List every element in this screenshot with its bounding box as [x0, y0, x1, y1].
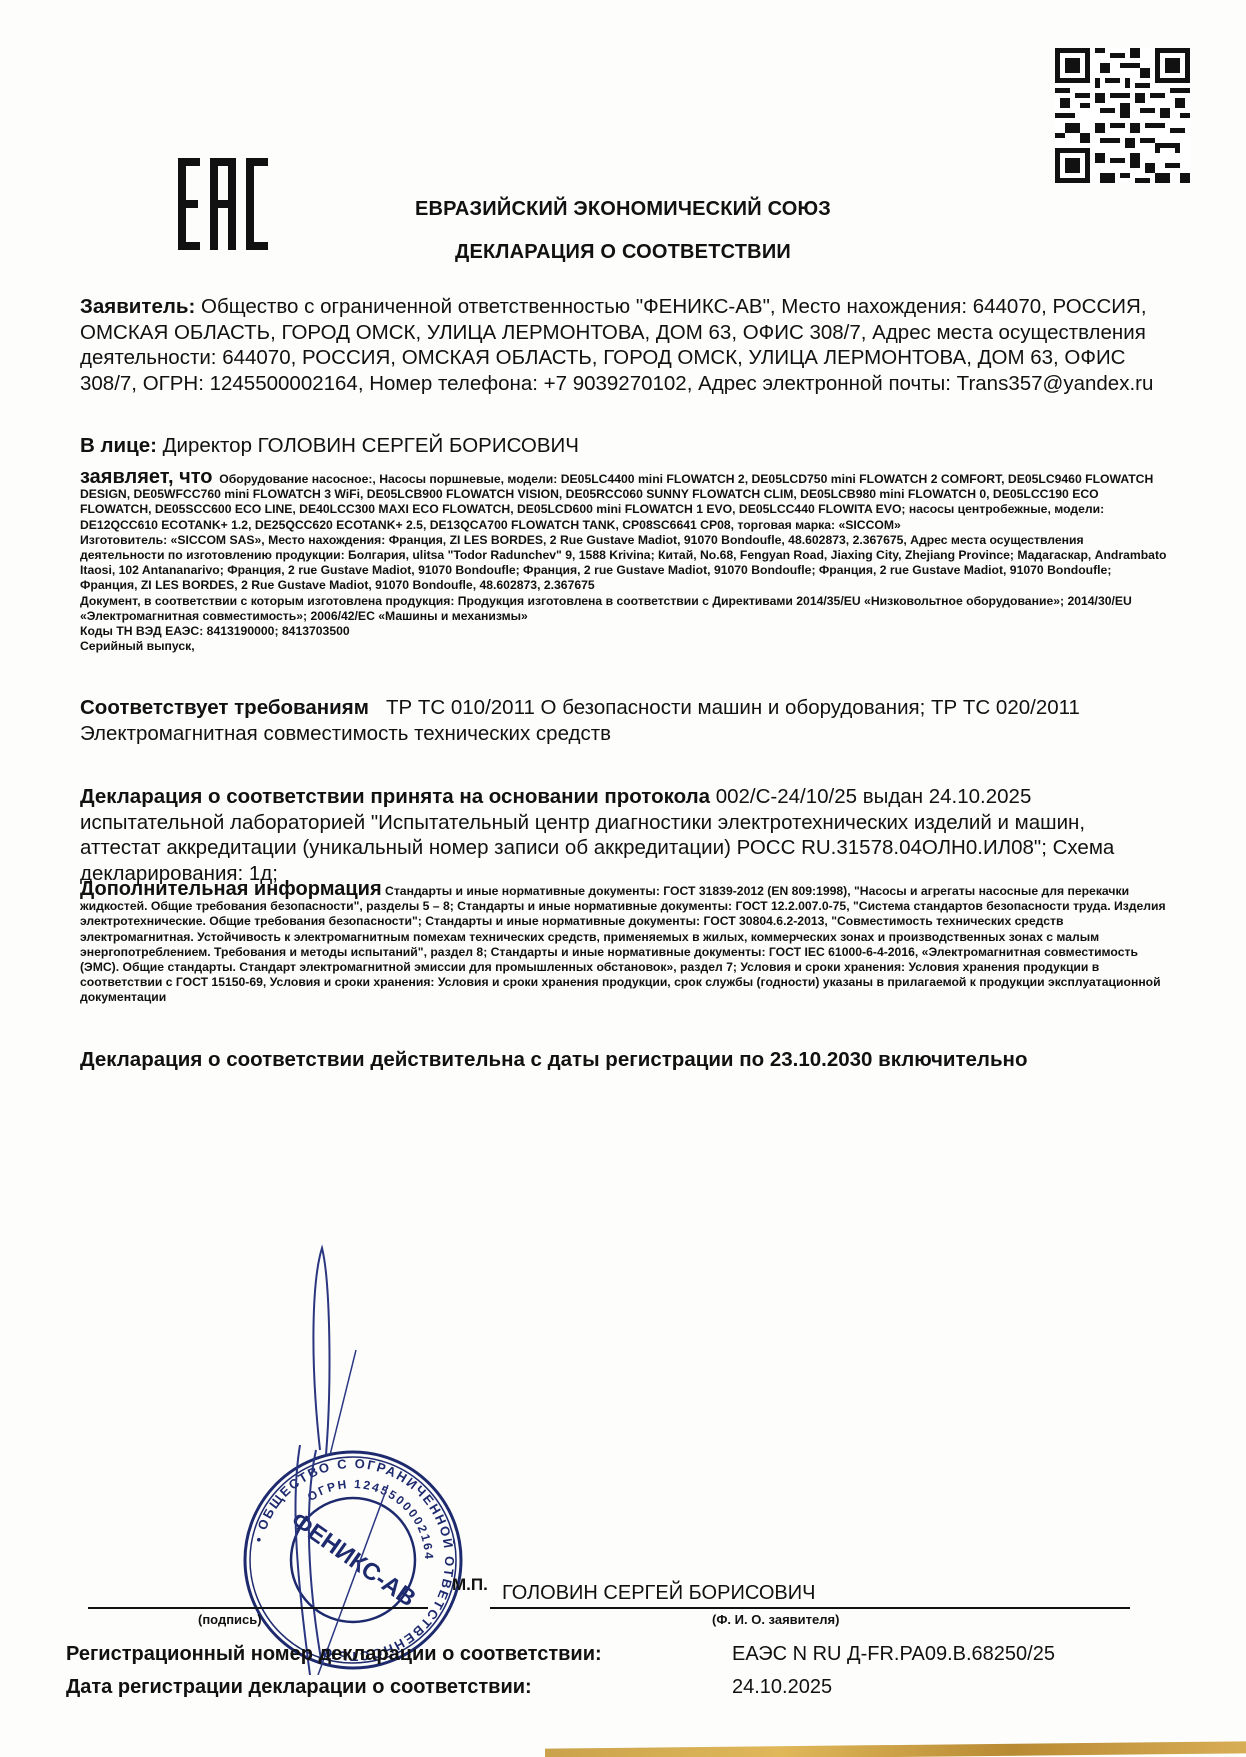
paper-edge-stain	[545, 1741, 1246, 1757]
additional-info-section: Дополнительная информация Стандарты и ин…	[80, 882, 1170, 1006]
document-title: ДЕКЛАРАЦИЯ О СООТВЕТСТВИИ	[0, 241, 1246, 264]
qr-code-icon[interactable]	[1055, 48, 1190, 183]
additional-info-label: Дополнительная информация	[80, 878, 382, 900]
name-caption: (Ф. И. О. заявителя)	[712, 1612, 839, 1627]
registration-date-label: Дата регистрации декларации о соответств…	[66, 1676, 532, 1699]
signature-icon	[300, 1240, 360, 1460]
declares-section: заявляет, что Оборудование насосное:, На…	[80, 470, 1170, 654]
validity-statement: Декларация о соответствии действительна …	[80, 1047, 1040, 1073]
stamp-center-text: ФЕНИКС-АВ	[286, 1507, 421, 1613]
union-title: ЕВРАЗИЙСКИЙ ЭКОНОМИЧЕСКИЙ СОЮЗ	[0, 198, 1246, 221]
company-stamp: • ОБЩЕСТВО С ОГРАНИЧЕННОЙ ОТВЕТСТВЕННОСТ…	[238, 1445, 468, 1675]
conforms-label: Соответствует требованиям	[80, 696, 369, 719]
manufacturer-text: «SICCOM SAS», Место нахождения: Франция,…	[80, 533, 1166, 593]
registration-number-label: Регистрационный номер декларации о соотв…	[66, 1643, 602, 1666]
represented-by-text: Директор ГОЛОВИН СЕРГЕЙ БОРИСОВИЧ	[163, 434, 579, 457]
applicant-text: Общество с ограниченной ответственностью…	[80, 295, 1153, 395]
manufacturing-document: Документ, в соответствии с которым изгот…	[80, 594, 1132, 623]
serial-production: Серийный выпуск,	[80, 639, 195, 653]
name-line	[490, 1607, 1130, 1609]
basis-section: Декларация о соответствии принята на осн…	[80, 784, 1160, 886]
applicant-name-signature: ГОЛОВИН СЕРГЕЙ БОРИСОВИЧ	[502, 1582, 815, 1605]
declares-label: заявляет, что	[80, 466, 213, 488]
basis-label: Декларация о соответствии принята на осн…	[80, 785, 710, 808]
registration-number: ЕАЭС N RU Д-FR.РА09.В.68250/25	[732, 1643, 1055, 1666]
customs-codes: Коды ТН ВЭД ЕАЭС: 8413190000; 8413703500	[80, 624, 350, 638]
mp-label: М.П.	[452, 1575, 488, 1595]
manufacturer-label: Изготовитель:	[80, 533, 167, 547]
additional-info-text: Стандарты и иные нормативные документы: …	[80, 884, 1166, 1004]
product-description: Оборудование насосное:, Насосы поршневые…	[80, 472, 1153, 532]
signature-line	[88, 1607, 428, 1609]
qr-code-svg	[1055, 48, 1190, 183]
represented-by-label: В лице:	[80, 434, 157, 457]
represented-by-section: В лице: Директор ГОЛОВИН СЕРГЕЙ БОРИСОВИ…	[80, 433, 1160, 459]
applicant-label: Заявитель:	[80, 295, 195, 318]
conforms-section: Соответствует требованиям ТР ТС 010/2011…	[80, 695, 1160, 746]
applicant-section: Заявитель: Общество с ограниченной ответ…	[80, 294, 1160, 396]
stamp-svg: • ОБЩЕСТВО С ОГРАНИЧЕННОЙ ОТВЕТСТВЕННОСТ…	[238, 1445, 468, 1675]
registration-date: 24.10.2025	[732, 1676, 832, 1699]
signature-caption: (подпись)	[198, 1612, 262, 1627]
